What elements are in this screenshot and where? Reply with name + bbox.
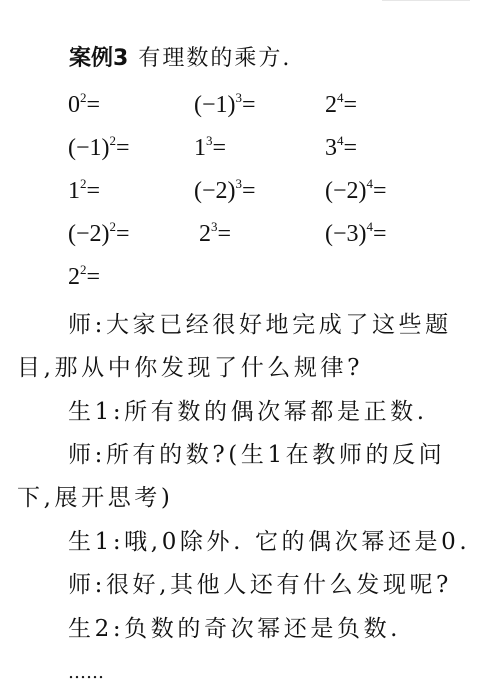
exercise: 22= (68, 262, 100, 295)
top-divider (382, 0, 470, 1)
exercise: (−2)3= (194, 176, 256, 209)
exercise-row-4: (−2)2= 23= (−3)4= (0, 219, 500, 249)
case-label: 案例3 (69, 46, 128, 71)
dialogue-student2-1: 生2:负数的奇次幂还是负数. (68, 614, 401, 644)
dialogue-teacher-1: 师:大家已经很好地完成了这些题 (68, 310, 452, 340)
ellipsis: …… (68, 662, 104, 684)
exercise-row-2: (−1)2= 13= 34= (0, 133, 500, 163)
dialogue-teacher-2: 师:所有的数?(生1在教师的反问 (68, 440, 445, 470)
dialogue-teacher-2-cont: 下,展开思考) (17, 483, 173, 513)
dialogue-student1-2: 生1:哦,0除外. 它的偶次幂还是0. (68, 527, 470, 557)
dialogue-student1-1: 生1:所有数的偶次幂都是正数. (68, 397, 428, 427)
exercise: 12= (68, 176, 100, 209)
dialogue-teacher-3: 师:很好,其他人还有什么发现呢? (68, 570, 452, 600)
exercise: (−2)2= (68, 219, 130, 252)
exercise-row-3: 12= (−2)3= (−2)4= (0, 176, 500, 206)
exercise: (−1)2= (68, 133, 130, 166)
exercise: 13= (194, 133, 226, 166)
exercise: 02= (68, 90, 100, 123)
exercise: 34= (325, 133, 357, 166)
case-heading: 案例3有理数的乘方. (69, 45, 291, 73)
case-topic: 有理数的乘方. (138, 46, 291, 71)
exercise-row-1: 02= (−1)3= 24= (0, 90, 500, 120)
exercise: 23= (199, 219, 231, 252)
exercise: (−1)3= (194, 90, 256, 123)
dialogue-teacher-1-cont: 目,那从中你发现了什么规律? (17, 353, 363, 383)
exercise: (−3)4= (325, 219, 387, 252)
exercise-row-5: 22= (0, 262, 500, 292)
exercise: 24= (325, 90, 357, 123)
exercise: (−2)4= (325, 176, 387, 209)
